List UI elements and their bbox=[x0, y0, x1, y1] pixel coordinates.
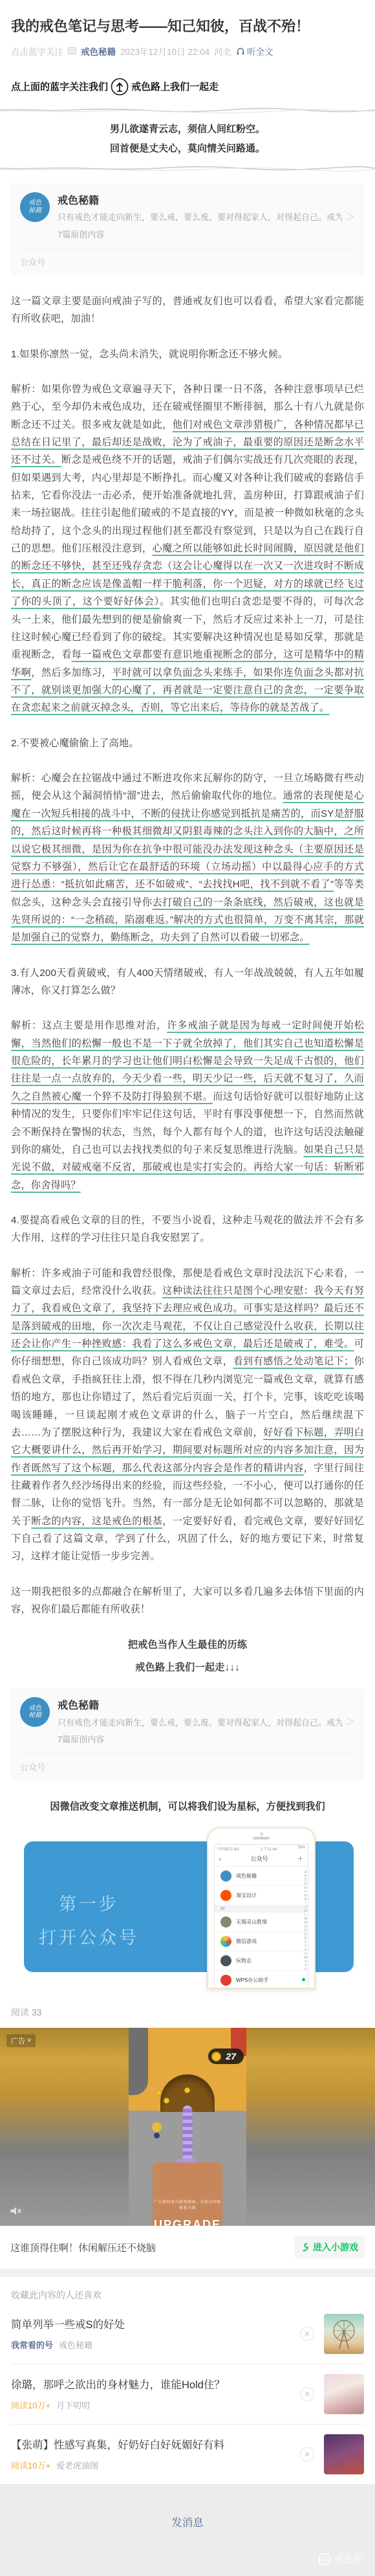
banner-step-line1: 第一步 bbox=[39, 1888, 139, 1921]
game-rock bbox=[129, 2028, 148, 2095]
battery-label: 78% bbox=[297, 1846, 305, 1852]
poem-line: 男儿欲遂青云志，须信人间红粉空。 bbox=[0, 120, 375, 139]
related-item-source: 戒色秘籍 bbox=[59, 2338, 92, 2351]
headphone-icon bbox=[236, 47, 245, 56]
account-avatar: 戒色 秘籍 bbox=[20, 192, 50, 222]
chevron-down-icon: ˅ bbox=[27, 2037, 31, 2045]
account-list-item[interactable]: 淘宝设计 bbox=[215, 1886, 308, 1905]
article-paragraph: 4.要提高看戒色文章的目的性，不要当小说看，这种走马观花的做法并不会有多大作用，… bbox=[11, 1212, 364, 1247]
related-article-item[interactable]: 【张萌】性感写真集，好奶好白好妩媚好有料阅读10万+爱老虎油图✕ bbox=[11, 2425, 364, 2484]
article-paragraph: 解析：许多戒油子可能和我曾经很像，那便是看戒色文章时没法沉下心来看，一篇文章过去… bbox=[11, 1265, 364, 1566]
underlined-text: 通常的表现便是心魔在一次短兵相接的战斗中，不断的侵扰让你感觉到抵抗是痛苦的，而S… bbox=[11, 790, 364, 890]
star-notice: 因微信改变文章推送机制，可以将我们设为星标，方便找到我们 bbox=[11, 1799, 364, 1813]
body-text: 把戒色当作人生最佳的历练 bbox=[128, 1639, 248, 1650]
phone-status-bar: 中国移动 4G 上午11:44 78% bbox=[215, 1845, 308, 1853]
related-item-text: 【张萌】性感写真集，好奶好白好妩媚好有料阅读10万+爱老虎油图 bbox=[11, 2438, 290, 2471]
read-count-badge: 阅读10万+ bbox=[11, 2399, 50, 2411]
circle-arrow-up-icon bbox=[110, 77, 129, 96]
coin-counter: 27 bbox=[208, 2049, 244, 2064]
related-item-title[interactable]: 徐璐，那呼之欲出的身材魅力，谁能Hold住？ bbox=[11, 2378, 290, 2393]
account-list-item[interactable]: WPS办公助手 bbox=[215, 1971, 308, 1988]
watermark-icon: 戒 bbox=[319, 2553, 330, 2565]
avatar-text: 秘籍 bbox=[28, 207, 41, 215]
account-description: 只有戒色才能走向新生，要么戒，要么废。要对得起家人，对得起自己。戒为良药、戒..… bbox=[58, 210, 342, 223]
banner-step-text: 第一步 打开公众号 bbox=[39, 1888, 139, 1955]
page-title: 我的戒色笔记与思考——知己知彼，百战不殆！ bbox=[11, 17, 364, 37]
related-item-source: 月下叨叨 bbox=[56, 2399, 90, 2411]
phone-speaker bbox=[253, 1837, 270, 1839]
time-label: 上午11:44 bbox=[260, 1846, 277, 1852]
account-type-label: 公众号 bbox=[20, 248, 355, 275]
list-section-header: W bbox=[215, 1905, 308, 1913]
phone-nav-bar: ‹ 公众号 ＋ bbox=[215, 1853, 308, 1867]
account-list-name: 玩物志 bbox=[236, 1957, 252, 1964]
publish-location: 河北 bbox=[214, 45, 231, 58]
banner-step-line2: 打开公众号 bbox=[39, 1922, 139, 1955]
related-item-text: 徐璐，那呼之欲出的身材魅力，谁能Hold住？阅读10万+月下叨叨 bbox=[11, 2378, 290, 2411]
account-name: 戒色秘籍 bbox=[58, 192, 355, 207]
torn-paper-divider bbox=[0, 107, 375, 113]
account-name: 戒色秘籍 bbox=[58, 1697, 355, 1712]
account-card[interactable]: 戒色 秘籍 戒色秘籍 只有戒色才能走向新生，要么戒，要么废。要对得起家人，对得起… bbox=[11, 183, 364, 275]
close-icon[interactable]: ✕ bbox=[300, 2387, 314, 2401]
underlined-text: 看到有感悟之处动笔记下； bbox=[233, 1356, 354, 1367]
close-icon[interactable]: ✕ bbox=[300, 2447, 314, 2461]
related-article-item[interactable]: 简单列举一些戒S的好处我常看的号戒色秘籍✕ bbox=[11, 2304, 364, 2364]
coin-icon bbox=[211, 2052, 221, 2061]
related-item-source: 爱老虎油图 bbox=[56, 2459, 98, 2471]
watermark-text: 戒色吧 bbox=[334, 2552, 363, 2566]
related-article-item[interactable]: 徐璐，那呼之欲出的身材魅力，谁能Hold住？阅读10万+月下叨叨✕ bbox=[11, 2364, 364, 2425]
avatar-text: 秘籍 bbox=[28, 1712, 41, 1720]
article-center-line: 把戒色当作人生最佳的历练 bbox=[11, 1636, 364, 1654]
chevron-right-icon[interactable]: ＞ bbox=[346, 210, 355, 223]
related-item-meta: 我常看的号戒色秘籍 bbox=[11, 2338, 290, 2351]
send-message-button[interactable]: 发消息 bbox=[0, 2484, 375, 2529]
follow-hint: 点击蓝字关注 bbox=[11, 45, 63, 58]
phone-camera bbox=[260, 1832, 263, 1836]
upgrade-label: UPGRADE bbox=[153, 2218, 222, 2226]
account-avatar bbox=[220, 1955, 231, 1966]
read-count: 阅读 33 bbox=[11, 2006, 364, 2019]
often-read-tag: 我常看的号 bbox=[11, 2338, 53, 2351]
account-avatar bbox=[220, 1975, 231, 1986]
related-item-title[interactable]: 简单列举一些戒S的好处 bbox=[11, 2318, 290, 2333]
section-divider bbox=[0, 2269, 375, 2277]
listen-full-text-button[interactable]: 听全文 bbox=[236, 45, 273, 58]
account-avatar bbox=[220, 1936, 231, 1947]
account-list-item[interactable]: 玩物志 bbox=[215, 1951, 308, 1971]
page-footer: 发消息 戒 戒色吧 bbox=[0, 2484, 375, 2576]
torn-paper-divider bbox=[0, 165, 375, 172]
avatar-text: 戒色 bbox=[28, 1705, 41, 1713]
body-text: 3.有人200天看黄破戒，有人400天情绪破戒，有人一年战战兢兢，有人五年如履薄… bbox=[11, 968, 364, 996]
related-item-thumbnail bbox=[324, 2314, 364, 2354]
poem: 男儿欲遂青云志，须信人间红粉空。回首便是丈夫心，莫向情关问路通。 bbox=[0, 120, 375, 159]
article-paragraph: 1.如果你凛然一觉，念头尚未消失，就说明你断念还不够火候。 bbox=[11, 346, 364, 363]
original-count: 7篇原创内容 bbox=[58, 1733, 355, 1745]
watermark: 戒 戒色吧 bbox=[319, 2552, 363, 2566]
article-header: 我的戒色笔记与思考——知己知彼，百战不殆！ 点击蓝字关注 戒色秘籍 2023年1… bbox=[0, 0, 375, 58]
body-text: 解析：这点主要是用作思维对治， bbox=[11, 1020, 167, 1031]
game-character bbox=[152, 2122, 162, 2132]
avatar-text: 戒色 bbox=[28, 199, 41, 207]
alphabet-index: ABCDEFGHIJKLMNOPQRSTUVWXYZ bbox=[304, 1871, 307, 1971]
ad-label-text: 广告 bbox=[11, 2036, 25, 2046]
video-game-scene: 广告素材来自游戏画面，具体以实际体验为准 UPGRADE 27 bbox=[129, 2028, 246, 2226]
account-list-name: 戒色秘籍 bbox=[236, 1872, 257, 1880]
mute-icon[interactable] bbox=[8, 2204, 22, 2218]
account-avatar bbox=[220, 1890, 231, 1901]
account-description: 只有戒色才能走向新生，要么戒，要么废。要对得起家人，对得起自己。戒为良药、戒..… bbox=[58, 1716, 342, 1728]
account-list-item[interactable]: 无锡灵山胜境 bbox=[215, 1913, 308, 1932]
account-list-name: 无锡灵山胜境 bbox=[236, 1918, 267, 1926]
read-count-badge: 阅读10万+ bbox=[11, 2459, 50, 2471]
account-list-item[interactable]: 戒色秘籍 bbox=[215, 1867, 308, 1886]
account-card-info: 戒色秘籍 只有戒色才能走向新生，要么戒，要么废。要对得起家人，对得起自己。戒为良… bbox=[58, 1697, 355, 1753]
article-center-line: 戒色路上我们一起走↓↓↓ bbox=[11, 1659, 364, 1676]
carrier-label: 中国移动 4G bbox=[217, 1846, 239, 1852]
back-icon[interactable]: ‹ bbox=[219, 1856, 221, 1862]
account-list-name: 微信游戏 bbox=[236, 1938, 257, 1945]
article-paragraph: 2.不要被心魔偷偷上了高地。 bbox=[11, 735, 364, 752]
body-text: ，然后多加练习， bbox=[31, 667, 112, 678]
account-name-link[interactable]: 戒色秘籍 bbox=[81, 45, 116, 58]
related-item-meta: 阅读10万+爱老虎油图 bbox=[11, 2459, 290, 2471]
official-account-list: 戒色秘籍淘宝设计W无锡灵山胜境微信游戏玩物志WPS办公助手 bbox=[215, 1867, 308, 1988]
ad-fine-print: 广告素材来自游戏画面，具体以实际体验为准 bbox=[153, 2199, 222, 2210]
original-count: 7篇原创内容 bbox=[58, 228, 355, 240]
wechat-article-page: 我的戒色笔记与思考——知己知彼，百战不殆！ 点击蓝字关注 戒色秘籍 2023年1… bbox=[0, 0, 375, 2576]
video-ad-player[interactable]: 广告素材来自游戏画面，具体以实际体验为准 UPGRADE 27 广告 ˅ bbox=[0, 2028, 375, 2226]
account-avatar: 戒色 秘籍 bbox=[20, 1697, 50, 1727]
related-list: 简单列举一些戒S的好处我常看的号戒色秘籍✕徐璐，那呼之欲出的身材魅力，谁能Hol… bbox=[11, 2304, 364, 2484]
article-paragraph: 解析：心魔会在拉锯战中通过不断进攻你来瓦解你的防守，一旦立场略微有些动摇，便会从… bbox=[11, 770, 364, 947]
underlined-text: 断念的内容，这是戒色的根基 bbox=[31, 1516, 162, 1527]
enter-minigame-label: 进入小游戏 bbox=[313, 2241, 358, 2254]
body-text: 4.要提高看戒色文章的目的性，不要当小说看，这种走马观花的做法并不会有多大作用，… bbox=[11, 1215, 364, 1243]
close-icon[interactable]: ✕ bbox=[300, 2327, 314, 2341]
related-articles: 收藏此内容的人还喜欢 简单列举一些戒S的好处我常看的号戒色秘籍✕徐璐，那呼之欲出… bbox=[0, 2277, 375, 2484]
follow-line-after: 戒色路上我们一起走 bbox=[131, 80, 219, 93]
article-paragraph: 这一期我把很多的点都融合在解析里了，大家可以多看几遍多去体悟下里面的内容，祝你们… bbox=[11, 1583, 364, 1619]
underlined-text: 许多戒油子就是因为每戒一定时间便开始松懈，当然他们的松懈一般也不是一下子就全放掉… bbox=[11, 1020, 364, 1102]
body-text: 断念是戒色绕不开的话题，戒油子们偶尔实战还有几次亮眼的表现，但如果遇到大考，内心… bbox=[11, 454, 364, 554]
listen-label: 听全文 bbox=[247, 45, 273, 58]
minigame-icon bbox=[301, 2243, 310, 2252]
related-item-title[interactable]: 【张萌】性感写真集，好奶好白好妩媚好有料 bbox=[11, 2438, 290, 2453]
related-item-thumbnail bbox=[324, 2434, 364, 2474]
related-item-thumbnail bbox=[324, 2374, 364, 2414]
phone-screen: 中国移动 4G 上午11:44 78% ‹ 公众号 ＋ 戒色秘籍淘宝设计W无锡灵… bbox=[214, 1844, 308, 1988]
account-type-label: 公众号 bbox=[20, 1753, 355, 1780]
body-text: 戒色路上我们一起走↓↓↓ bbox=[135, 1662, 240, 1673]
account-list-item[interactable]: 微信游戏 bbox=[215, 1932, 308, 1951]
article-body: 这一篇文章主要是面向戒油子写的，普通戒友们也可以看看，希望大家看完都能有所收获吧… bbox=[0, 293, 375, 1676]
body-text: 这一篇文章主要是面向戒油子写的，普通戒友们也可以看看，希望大家看完都能有所收获吧… bbox=[11, 296, 364, 324]
publish-date: 2023年12月10日 22:04 bbox=[120, 45, 209, 58]
body-text: 这一期我把很多的点都融合在解析里了，大家可以多看几遍多去体悟下里面的内容，祝你们… bbox=[11, 1586, 364, 1615]
poem-line: 回首便是丈夫心，莫向情关问路通。 bbox=[0, 139, 375, 159]
related-header: 收藏此内容的人还喜欢 bbox=[11, 2289, 364, 2302]
video-blur-right bbox=[246, 2028, 375, 2226]
account-card-info: 戒色秘籍 只有戒色才能走向新生，要么戒，要么废。要对得起家人，对得起自己。戒为良… bbox=[58, 192, 355, 248]
phone-nav-title: 公众号 bbox=[250, 1854, 268, 1863]
follow-line-before: 点上面的蓝字关注我们 bbox=[11, 80, 108, 93]
account-card-top: 戒色 秘籍 戒色秘籍 只有戒色才能走向新生，要么戒，要么废。要对得起家人，对得起… bbox=[20, 192, 355, 248]
article-meta: 点击蓝字关注 戒色秘籍 2023年12月10日 22:04 河北 听全文 bbox=[11, 45, 364, 58]
ad-caption-bar: 这谁顶得住啊！休闲解压还不烧脑 进入小游戏 bbox=[0, 2226, 375, 2269]
article-paragraph: 3.有人200天看黄破戒，有人400天情绪破戒，有人一年战战兢兢，有人五年如履薄… bbox=[11, 964, 364, 1000]
ad-label[interactable]: 广告 ˅ bbox=[6, 2034, 36, 2047]
account-desc-row: 只有戒色才能走向新生，要么戒，要么废。要对得起家人，对得起自己。戒为良药、戒..… bbox=[58, 210, 355, 223]
enter-minigame-button[interactable]: 进入小游戏 bbox=[294, 2236, 365, 2258]
phone-mockup: 中国移动 4G 上午11:44 78% ‹ 公众号 ＋ 戒色秘籍淘宝设计W无锡灵… bbox=[207, 1827, 316, 1989]
ferris-wheel-graphic bbox=[324, 2314, 364, 2354]
body-text: 2.不要被心魔偷偷上了高地。 bbox=[11, 738, 139, 749]
account-desc-row: 只有戒色才能走向新生，要么戒，要么废。要对得起家人，对得起自己。戒为良药、戒..… bbox=[58, 1715, 355, 1728]
account-avatar bbox=[220, 1916, 231, 1927]
index-letter: Z bbox=[304, 1968, 307, 1971]
game-platform: 广告素材来自游戏画面，具体以实际体验为准 UPGRADE bbox=[153, 2162, 222, 2226]
mini-badge-icon bbox=[68, 47, 76, 54]
related-item-text: 简单列举一些戒S的好处我常看的号戒色秘籍 bbox=[11, 2318, 290, 2351]
follow-us-line: 点上面的蓝字关注我们 戒色路上我们一起走 bbox=[11, 77, 364, 96]
account-card[interactable]: 戒色 秘籍 戒色秘籍 只有戒色才能走向新生，要么戒，要么废。要对得起家人，对得起… bbox=[11, 1688, 364, 1780]
body-text: 1.如果你凛然一觉，念头尚未消失，就说明你断念还不够火候。 bbox=[11, 349, 288, 360]
article-paragraph: 解析：如果你曾为戒色文章遍寻天下，各种日课一日不落，各种注意事项早已烂熟于心，至… bbox=[11, 381, 364, 717]
article-paragraph: 这一篇文章主要是面向戒油子写的，普通戒友们也可以看看，希望大家看完都能有所收获吧… bbox=[11, 293, 364, 328]
related-item-meta: 阅读10万+月下叨叨 bbox=[11, 2399, 290, 2411]
account-list-name: WPS办公助手 bbox=[236, 1977, 268, 1984]
video-blur-left bbox=[0, 2028, 129, 2226]
account-card-top: 戒色 秘籍 戒色秘籍 只有戒色才能走向新生，要么戒，要么废。要对得起家人，对得起… bbox=[20, 1697, 355, 1753]
account-list-name: 淘宝设计 bbox=[236, 1892, 257, 1899]
ad-caption-text: 这谁顶得住啊！休闲解压还不烧脑 bbox=[10, 2241, 156, 2254]
account-avatar bbox=[220, 1871, 231, 1882]
chevron-right-icon[interactable]: ＞ bbox=[346, 1715, 355, 1728]
follow-step-banner: 第一步 打开公众号 中国移动 4G 上午11:44 78% ‹ 公众号 ＋ 戒色… bbox=[0, 1826, 375, 1989]
plus-icon[interactable]: ＋ bbox=[297, 1854, 303, 1863]
body-text: 你看戒色文章，手指疯狂往上滑，恨不得在几秒内浏览完一篇戒色文章，就算有感悟的地方… bbox=[11, 1356, 364, 1438]
article-paragraph: 解析：这点主要是用作思维对治，许多戒油子就是因为每戒一定时间便开始松懈，当然他们… bbox=[11, 1017, 364, 1194]
coin-count: 27 bbox=[226, 2051, 236, 2061]
